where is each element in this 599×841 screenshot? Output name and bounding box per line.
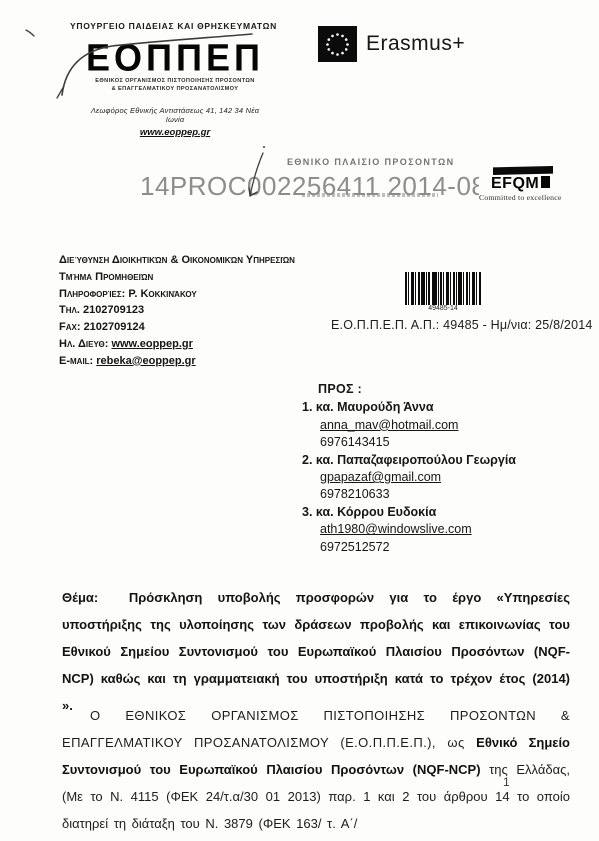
recipients-block: ΠΡΟΣ : 1. κα. Μαυρούδη Άννα anna_mav@hot… xyxy=(302,381,516,556)
protocol-reference: Ε.Ο.Π.Π.Ε.Π. Α.Π.: 49485 - Ημ/νια: 25/8/… xyxy=(331,318,593,332)
info-line: Πληροφορίες: Ρ. Κοκκινάκου xyxy=(59,286,295,303)
recipient-name: 1. κα. Μαυρούδη Άννα xyxy=(302,399,516,416)
info-value: Ρ. Κοκκινάκου xyxy=(128,288,196,300)
recipient-name: 3. κα. Κόρρου Ευδοκία xyxy=(302,504,516,521)
email-label: E-mail: xyxy=(59,355,93,367)
eoppep-address: Λεωφόρος Εθνικής Αντιστάσεως 41, 142 34 … xyxy=(86,106,264,124)
pen-mark-dot xyxy=(263,146,265,148)
scanned-letter-page: ΥΠΟΥΡΓΕΙΟ ΠΑΙΔΕΙΑΣ ΚΑΙ ΘΡΗΣΚΕΥΜΑΤΩΝ ΕΟΠΠ… xyxy=(0,0,599,841)
efqm-logo: EFQM Committed to excellence xyxy=(479,166,589,202)
subject-text: Πρόσκληση υποβολής προσφορών για το έργο… xyxy=(62,590,570,713)
recipient-item: 3. κα. Κόρρου Ευδοκία ath1980@windowsliv… xyxy=(302,504,516,556)
subject-paragraph: Θέμα: Πρόσκληση υποβολής προσφορών για τ… xyxy=(62,584,570,719)
web-line: Ηλ. Διευθ: www.eoppep.gr xyxy=(59,336,295,353)
info-label: Πληροφορίες: xyxy=(59,288,125,300)
recipient-email-link: gpapazaf@gmail.com xyxy=(320,469,516,486)
tel-line: Τηλ. 2102709123 xyxy=(59,302,295,319)
efqm-bar xyxy=(493,166,553,175)
barcode-number: 49485-14 xyxy=(405,305,481,312)
email-value-link: rebeka@eoppep.gr xyxy=(96,355,195,367)
recipient-phone: 6978210633 xyxy=(320,486,516,503)
tel-label: Τηλ. xyxy=(59,304,80,316)
recipient-phone: 6976143415 xyxy=(320,434,516,451)
fax-line: Fax: 2102709124 xyxy=(59,319,295,336)
eoppep-logo-text: ΕΟΠΠΕΠ xyxy=(86,39,264,77)
stamp-faint-text xyxy=(302,193,438,197)
web-value-link: www.eoppep.gr xyxy=(111,338,193,350)
directorate-line: Διεύθυνση Διοικητικών & Οικονομικών Υπηρ… xyxy=(59,252,295,269)
eoppep-website-link: www.eoppep.gr xyxy=(86,127,264,138)
recipient-item: 2. κα. Παπαζαφειροπούλου Γεωργία gpapaza… xyxy=(302,452,516,504)
subject-label: Θέμα: xyxy=(62,590,98,605)
nqf-stamp-title: ΕΘΝΙΚΟ ΠΛΑΙΣΙΟ ΠΡΟΣΟΝΤΩΝ xyxy=(287,157,455,167)
eoppep-logo-subtitle-2: & ΕΠΑΓΓΕΛΜΑΤΙΚΟΥ ΠΡΟΣΑΝΑΤΟΛΙΣΜΟΥ xyxy=(86,86,264,92)
contact-block: Διεύθυνση Διοικητικών & Οικονομικών Υπηρ… xyxy=(59,252,295,370)
recipient-email-link: anna_mav@hotmail.com xyxy=(320,417,516,434)
tel-value: 2102709123 xyxy=(83,304,144,316)
web-label: Ηλ. Διευθ: xyxy=(59,338,108,350)
eu-flag-icon xyxy=(318,26,357,62)
page-number: 1 xyxy=(503,775,510,789)
recipient-phone: 6972512572 xyxy=(320,539,516,556)
pen-mark-tick xyxy=(57,86,64,98)
efqm-box-icon xyxy=(541,176,550,188)
ministry-title: ΥΠΟΥΡΓΕΙΟ ΠΑΙΔΕΙΑΣ ΚΑΙ ΘΡΗΣΚΕΥΜΑΤΩΝ xyxy=(70,21,277,31)
erasmus-label: Erasmus+ xyxy=(366,32,465,56)
efqm-logo-text: EFQM xyxy=(491,175,589,192)
eoppep-logo: ΕΟΠΠΕΠ ΕΘΝΙΚΟΣ ΟΡΓΑΝΙΣΜΟΣ ΠΙΣΤΟΠΟΙΗΣΗΣ Π… xyxy=(86,40,264,138)
recipient-item: 1. κα. Μαυρούδη Άννα anna_mav@hotmail.co… xyxy=(302,399,516,451)
department-line: Τμήμα Προμηθειών xyxy=(59,269,295,286)
erasmus-logo: Erasmus+ xyxy=(318,26,465,62)
recipient-email-link: ath1980@windowslive.com xyxy=(320,521,516,538)
fax-label: Fax: xyxy=(59,321,81,333)
fax-value: 2102709124 xyxy=(84,321,145,333)
pen-mark-corner xyxy=(26,30,34,36)
email-line: E-mail: rebeka@eoppep.gr xyxy=(59,353,295,370)
recipient-name: 2. κα. Παπαζαφειροπούλου Γεωργία xyxy=(302,452,516,469)
body-paragraph: Ο ΕΘΝΙΚΟΣ ΟΡΓΑΝΙΣΜΟΣ ΠΙΣΤΟΠΟΙΗΣΗΣ ΠΡΟΣΟΝ… xyxy=(62,702,570,837)
recipients-heading: ΠΡΟΣ : xyxy=(318,381,516,398)
efqm-tagline: Committed to excellence xyxy=(479,193,589,202)
barcode xyxy=(405,272,481,305)
